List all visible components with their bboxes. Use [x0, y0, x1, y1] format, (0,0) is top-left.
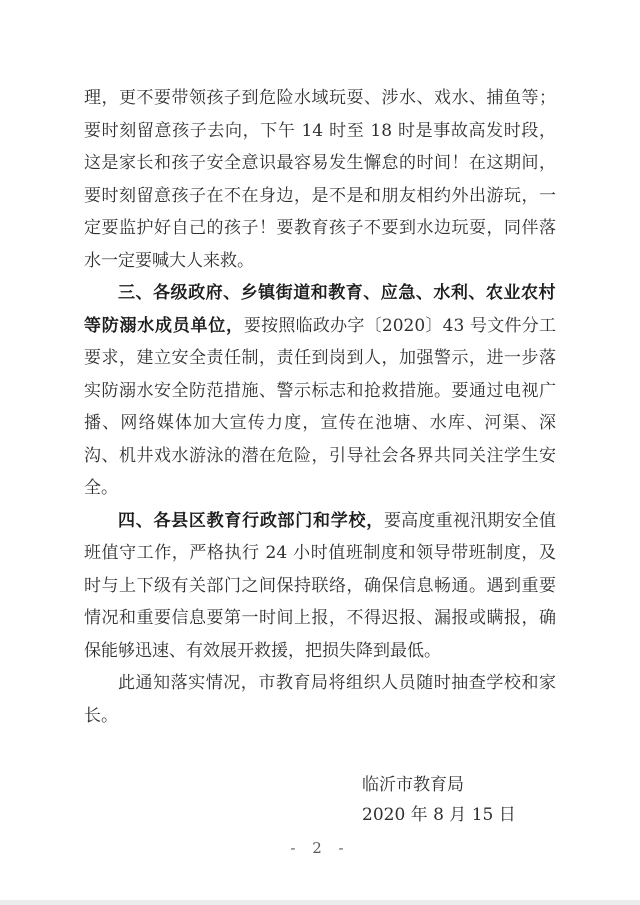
- page-bottom-edge: [0, 900, 640, 905]
- document-page: 理，更不要带领孩子到危险水域玩耍、涉水、戏水、捕鱼等；要时刻留意孩子去向，下午 …: [0, 0, 640, 905]
- paragraph-text: 此通知落实情况，市教育局将组织人员随时抽查学校和家长。: [84, 673, 556, 726]
- document-body: 理，更不要带领孩子到危险水域玩耍、涉水、戏水、捕鱼等；要时刻留意孩子去向，下午 …: [84, 82, 556, 830]
- paragraph-text: 要高度重视汛期安全值班值守工作，严格执行 24 小时值班制度和领导带班制度，及时…: [84, 511, 556, 661]
- paragraph: 此通知落实情况，市教育局将组织人员随时抽查学校和家长。: [84, 667, 556, 732]
- paragraph: 三、各级政府、乡镇街道和教育、应急、水利、农业农村等防溺水成员单位，要按照临政办…: [84, 277, 556, 505]
- signature-issuer: 临沂市教育局: [362, 770, 556, 800]
- signature-date: 2020 年 8 月 15 日: [362, 800, 556, 830]
- page-number: - 2 -: [0, 838, 640, 858]
- paragraph-lead: 四、各县区教育行政部门和学校，: [118, 511, 384, 531]
- signature-block: 临沂市教育局2020 年 8 月 15 日: [362, 770, 556, 830]
- paragraph-text: 理，更不要带领孩子到危险水域玩耍、涉水、戏水、捕鱼等；要时刻留意孩子去向，下午 …: [84, 88, 556, 271]
- paragraph: 四、各县区教育行政部门和学校，要高度重视汛期安全值班值守工作，严格执行 24 小…: [84, 505, 556, 668]
- paragraph-text: 要按照临政办字〔2020〕43 号文件分工要求，建立安全责任制，责任到岗到人，加…: [84, 316, 556, 499]
- paragraph: 理，更不要带领孩子到危险水域玩耍、涉水、戏水、捕鱼等；要时刻留意孩子去向，下午 …: [84, 82, 556, 277]
